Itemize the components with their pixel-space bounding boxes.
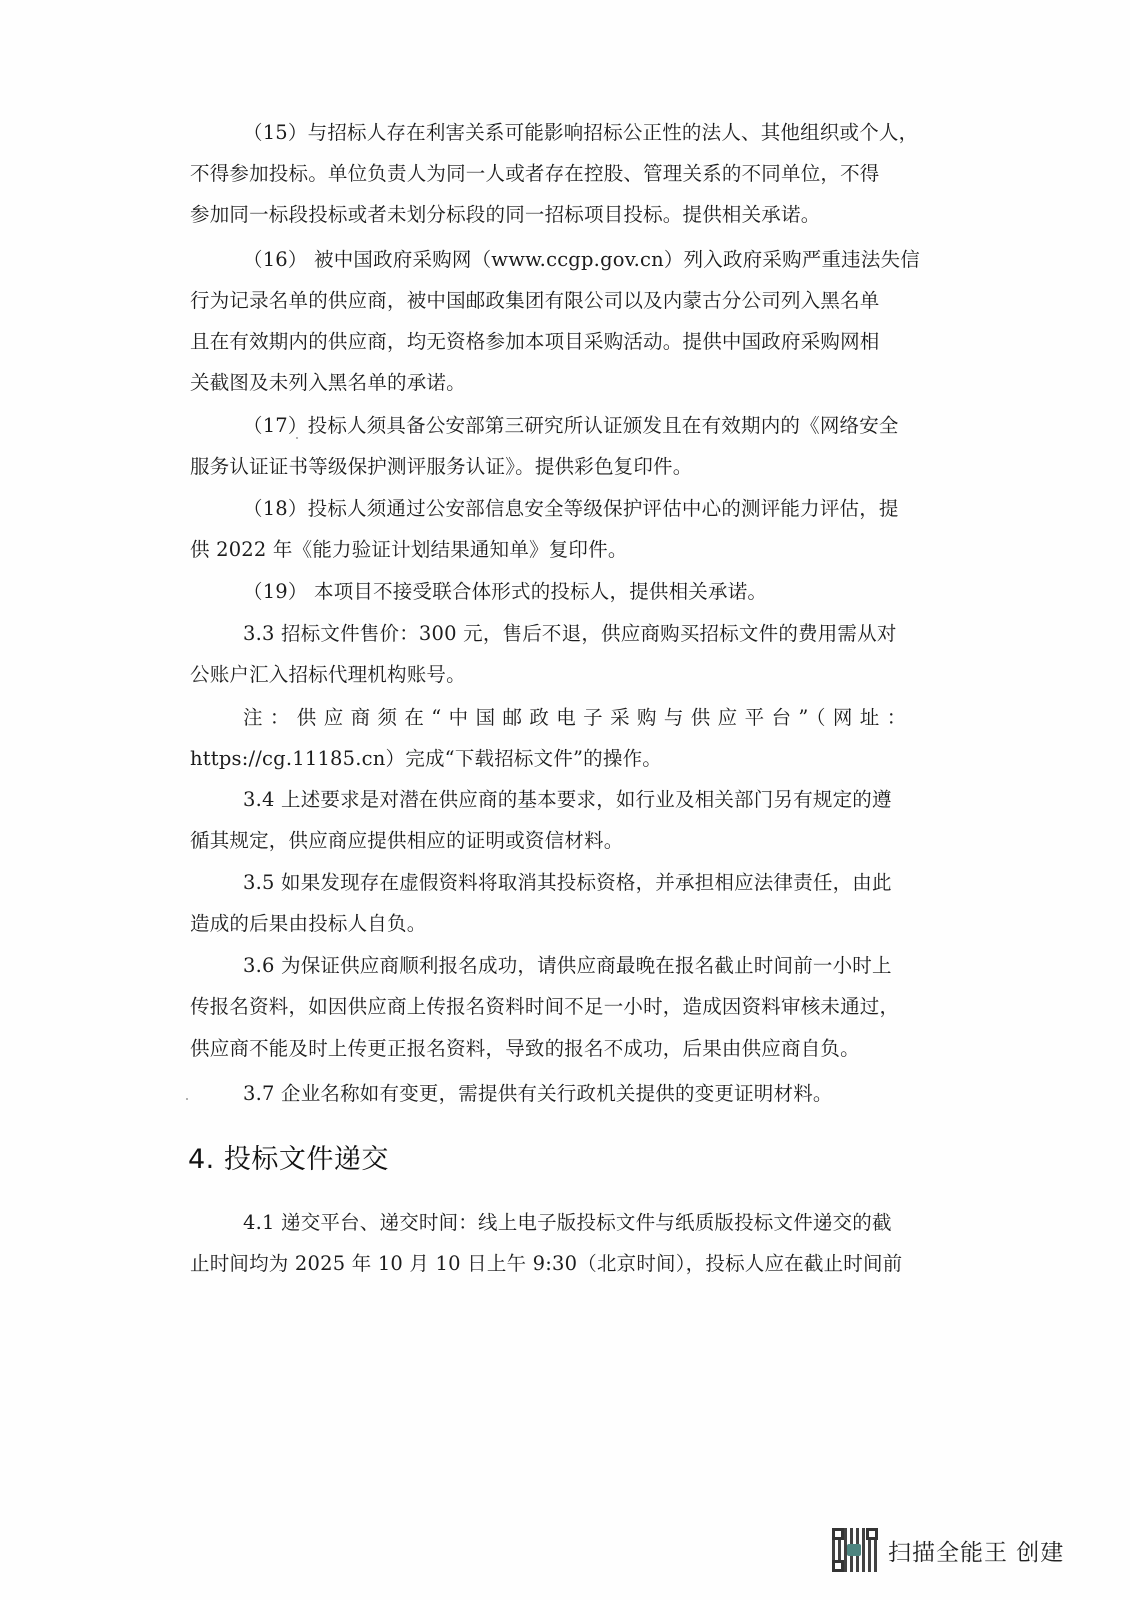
scanner-watermark: 扫描全能王 创建 xyxy=(832,1528,1064,1572)
text-line-3-7: 3.7 企业名称如有变更，需提供有关行政机关提供的变更证明材料。 xyxy=(243,1081,833,1107)
text-line-3-6-a: 3.6 为保证供应商顺利报名成功，请供应商最晚在报名截止时间前一小时上 xyxy=(243,953,892,979)
text-line-17-a: （17）投标人须具备公安部第三研究所认证颁发且在有效期内的《网络安全 xyxy=(243,413,899,439)
scan-speck xyxy=(186,1098,188,1100)
text-line-18-b: 供 2022 年《能力验证计划结果通知单》复印件。 xyxy=(190,537,628,563)
text-line-3-4-a: 3.4 上述要求是对潜在供应商的基本要求，如行业及相关部门另有规定的遵 xyxy=(243,787,892,813)
text-line-3-5-b: 造成的后果由投标人自负。 xyxy=(190,911,426,937)
qr-code-icon xyxy=(832,1528,878,1572)
text-line-3-3-a: 3.3 招标文件售价：300 元，售后不退，供应商购买招标文件的费用需从对 xyxy=(243,621,897,647)
text-line-3-6-c: 供应商不能及时上传更正报名资料，导致的报名不成功，后果由供应商自负。 xyxy=(190,1036,860,1062)
text-line-4-1-b: 止时间均为 2025 年 10 月 10 日上午 9:30（北京时间），投标人应… xyxy=(190,1251,902,1277)
text-line-18-a: （18）投标人须通过公安部信息安全等级保护评估中心的测评能力评估，提 xyxy=(243,496,899,522)
text-line-19: （19） 本项目不接受联合体形式的投标人，提供相关承诺。 xyxy=(243,579,767,605)
text-line-17-b: 服务认证证书等级保护测评服务认证》。提供彩色复印件。 xyxy=(190,454,692,480)
section-heading-4: 4. 投标文件递交 xyxy=(188,1143,389,1177)
text-line-16-a: （16） 被中国政府采购网（www.ccgp.gov.cn）列入政府采购严重违法… xyxy=(243,247,920,273)
text-line-3-3-b: 公账户汇入招标代理机构账号。 xyxy=(190,662,466,688)
text-line-16-d: 关截图及未列入黑名单的承诺。 xyxy=(190,370,466,396)
qr-finder-icon xyxy=(832,1560,844,1572)
text-line-4-1-a: 4.1 递交平台、递交时间：线上电子版投标文件与纸质版投标文件递交的截 xyxy=(243,1210,892,1236)
text-line-16-c: 且在有效期内的供应商，均无资格参加本项目采购活动。提供中国政府采购网相 xyxy=(190,329,880,355)
text-line-note-b: https://cg.11185.cn）完成“下载招标文件”的操作。 xyxy=(190,746,662,772)
text-line-15-c: 参加同一标段投标或者未划分标段的同一招标项目投标。提供相关承诺。 xyxy=(190,202,820,228)
camscanner-logo-icon xyxy=(847,1544,861,1556)
watermark-label: 扫描全能王 创建 xyxy=(888,1534,1064,1567)
text-line-3-5-a: 3.5 如果发现存在虚假资料将取消其投标资格，并承担相应法律责任，由此 xyxy=(243,870,892,896)
scan-speck xyxy=(296,437,298,439)
text-line-15-b: 不得参加投标。单位负责人为同一人或者存在控股、管理关系的不同单位，不得 xyxy=(190,161,880,187)
text-line-3-4-b: 循其规定，供应商应提供相应的证明或资信材料。 xyxy=(190,828,623,854)
text-line-note-a: 注：供应商须在“中国邮政电子采购与供应平台”（网址： xyxy=(243,705,914,731)
scanned-document-page: （15）与招标人存在利害关系可能影响招标公正性的法人、其他组织或个人， 不得参加… xyxy=(0,0,1130,1600)
text-line-3-6-b: 传报名资料，如因供应商上传报名资料时间不足一小时，造成因资料审核未通过， xyxy=(190,994,899,1020)
text-line-16-b: 行为记录名单的供应商，被中国邮政集团有限公司以及内蒙古分公司列入黑名单 xyxy=(190,288,880,314)
text-line-15-a: （15）与招标人存在利害关系可能影响招标公正性的法人、其他组织或个人， xyxy=(243,120,918,146)
